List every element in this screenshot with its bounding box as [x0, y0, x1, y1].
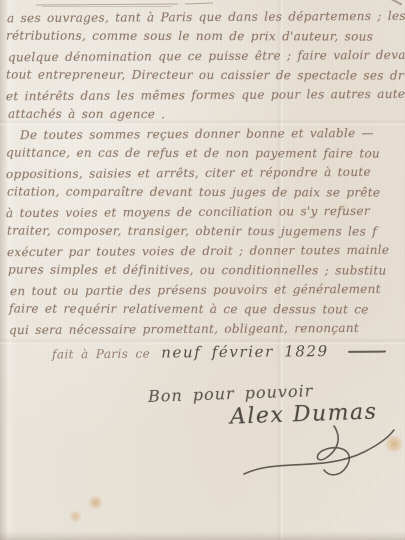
manuscript-line: faire et requérir relativement à ce que … [9, 302, 369, 317]
manuscript-line: De toutes sommes reçues donner bonne et … [20, 126, 374, 142]
manuscript-line: en tout ou partie des présens pouvoirs e… [10, 282, 381, 298]
manuscript-line: tout entrepreneur, Directeur ou caissier… [6, 67, 404, 82]
manuscript-line: qui sera nécessaire promettant, obligean… [9, 321, 359, 337]
foxing-stain [88, 496, 103, 509]
foxing-stain [69, 511, 82, 522]
manuscript-line: pures simples et définitives, ou conditi… [8, 263, 387, 278]
date-line: fait à Paris ce neuf février 1829 [52, 341, 386, 363]
manuscript-line: attachés à son agence . [8, 107, 165, 121]
manuscript-line: à toutes voies et moyens de conciliation… [6, 204, 370, 220]
manuscript-line: quittance, en cas de refus et de non pay… [6, 146, 380, 161]
manuscript-line: rétributions, comme sous le nom de prix … [6, 29, 373, 44]
manuscript-page: a ses ouvrages, tant à Paris que dans le… [0, 0, 405, 540]
cutoff-heading-underline-2 [42, 6, 172, 7]
manuscript-line: a ses ouvrages, tant à Paris que dans le… [7, 9, 405, 25]
foxing-stain [339, 203, 349, 212]
manuscript-line: et intérêts dans les mêmes formes que po… [6, 87, 405, 104]
foxing-stain [385, 436, 403, 452]
manuscript-line: oppositions, saisies et arrêts, citer et… [6, 165, 371, 181]
manuscript-line: quelque dénomination que ce puisse être … [8, 48, 405, 65]
paper-bottom-edge-shadow [0, 531, 405, 540]
manuscript-line: citation, comparaître devant tous juges … [7, 185, 380, 200]
signature-flourish [238, 424, 398, 482]
manuscript-line: traiter, composer, transiger, obtenir to… [7, 224, 377, 239]
date-dash-stroke [348, 350, 386, 352]
cutoff-pen-stroke [384, 0, 403, 6]
date-value: neuf février 1829 [161, 342, 329, 361]
date-prefix: fait à Paris ce [52, 347, 150, 362]
cutoff-heading-mark [185, 3, 213, 5]
manuscript-line: exécuter par toutes voies de droit ; don… [7, 243, 389, 259]
